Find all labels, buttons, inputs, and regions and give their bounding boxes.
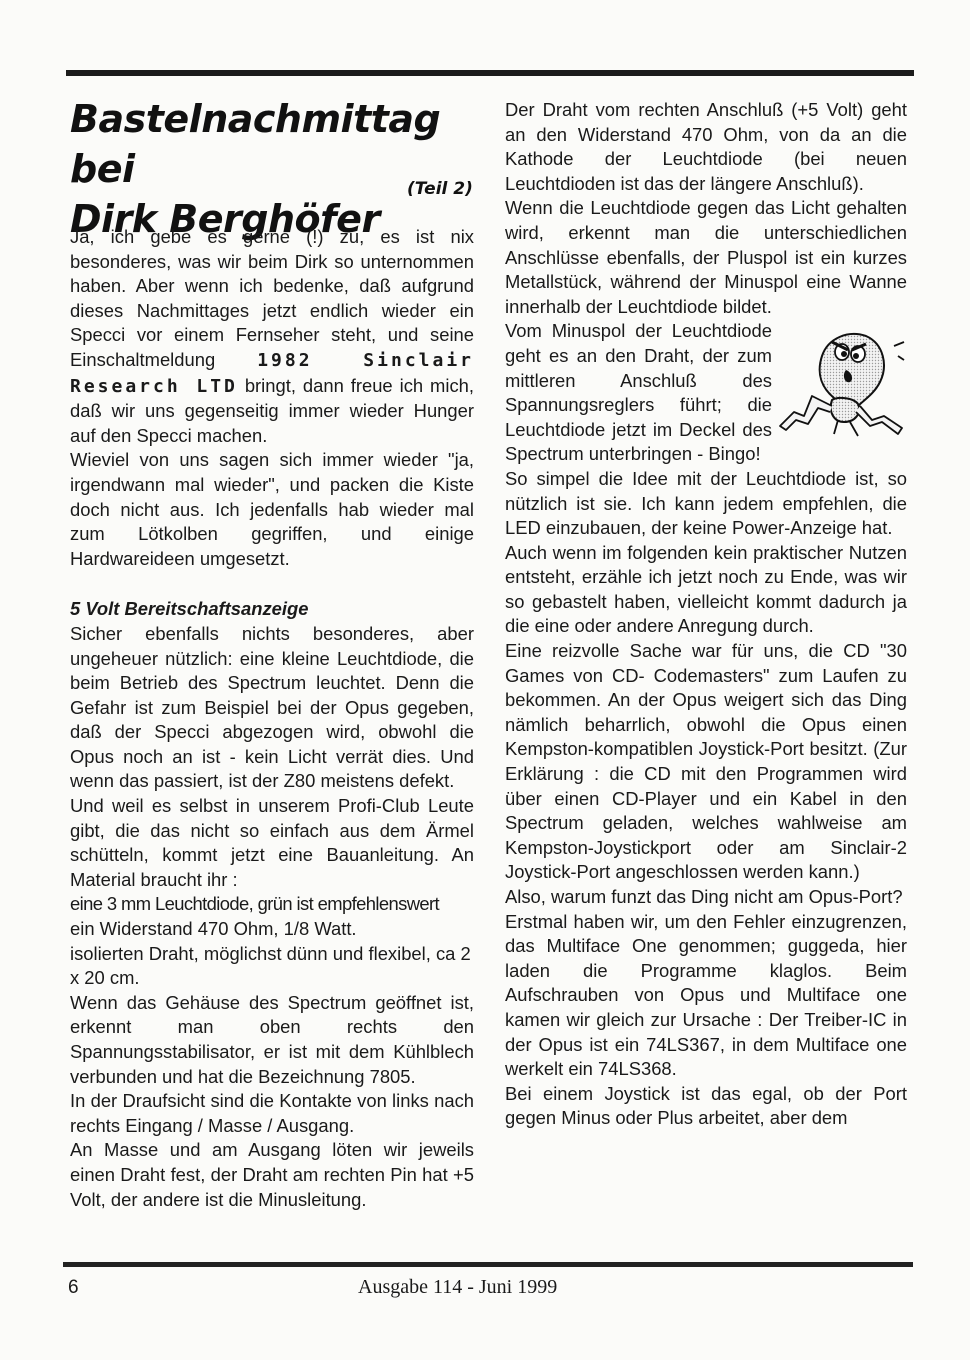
- bottom-rule: [63, 1262, 913, 1267]
- paragraph: Der Draht vom rechten Anschluß (+5 Volt)…: [505, 98, 907, 196]
- paragraph: Sicher ebenfalls nichts besonderes, aber…: [70, 622, 474, 794]
- paragraph: Bei einem Joystick ist das egal, ob der …: [505, 1082, 907, 1131]
- paragraph: Wenn die Leuchtdiode gegen das Licht geh…: [505, 196, 907, 319]
- left-column: Ja, ich gebe es gerne (!) zu, es ist nix…: [70, 225, 474, 1212]
- intro-paragraph-2: Wieviel von uns sagen sich immer wieder …: [70, 448, 474, 571]
- page-number: 6: [68, 1277, 79, 1299]
- material-item: ein Widerstand 470 Ohm, 1/8 Watt.: [70, 917, 474, 942]
- paragraph: In der Draufsicht sind die Kontakte von …: [70, 1089, 474, 1138]
- intro-paragraph-1: Ja, ich gebe es gerne (!) zu, es ist nix…: [70, 225, 474, 448]
- section-heading: 5 Volt Bereitschaftsanzeige: [70, 597, 474, 622]
- issue-label: Ausgabe 114 - Juni 1999: [358, 1276, 557, 1299]
- material-item: isolierten Draht, möglichst dünn und fle…: [70, 942, 474, 991]
- paragraph: Auch wenn im folgenden kein praktischer …: [505, 541, 907, 639]
- paragraph: Also, warum funzt das Ding nicht am Opus…: [505, 885, 907, 910]
- paragraph: Und weil es selbst in unserem Profi-Club…: [70, 794, 474, 892]
- article-title: Bastelnachmittag bei Dirk Berghöfer (Tei…: [70, 94, 480, 244]
- paragraph: So simpel die Idee mit der Leuchtdiode i…: [505, 467, 907, 541]
- material-item: eine 3 mm Leuchtdiode, grün ist empfehle…: [70, 892, 474, 917]
- paragraph: An Masse und am Ausgang löten wir jeweil…: [70, 1138, 474, 1212]
- top-rule: [66, 70, 914, 76]
- intro-text-a: Ja, ich gebe es gerne (!) zu, es ist nix…: [70, 226, 474, 370]
- right-column: Der Draht vom rechten Anschluß (+5 Volt)…: [505, 98, 907, 1131]
- paragraph: Wenn das Gehäuse des Spectrum geöffnet i…: [70, 991, 474, 1089]
- part-label: (Teil 2): [407, 164, 473, 214]
- angry-lightbulb-icon: [772, 326, 912, 438]
- paragraph: Erstmal haben wir, um den Fehler einzugr…: [505, 910, 907, 1082]
- paragraph: Eine reizvolle Sache war für uns, die CD…: [505, 639, 907, 885]
